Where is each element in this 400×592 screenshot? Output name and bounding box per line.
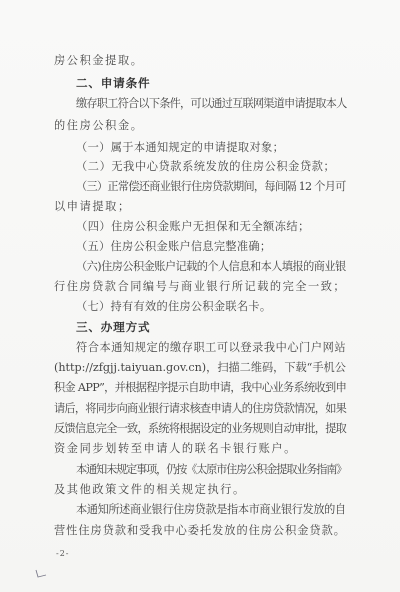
text-line: 积金 APP”，并根据程序提示自助申请，我中心业务系统收到申 [54,381,346,395]
section-heading: 二、申请条件 [76,76,368,90]
text-line: （三）正常偿还商业银行住房贷款期间，每间隔 12 个月可 [76,180,368,194]
text-line: (http://zfgjj.taiyuan.gov.cn)，扫描二维码，下载“手… [54,361,346,375]
text-line: 请后，将同步向商业银行请求核查申请人的住房贷款情况，如果 [54,402,346,416]
text-line: （二）无我中心贷款系统发放的住房公积金贷款； [76,160,368,174]
text-line: （五）住房公积金账户信息完整准确； [76,240,368,254]
text-line: 本通知未规定事项，仍按《太原市住房公积金提取业务指南》 [76,463,368,477]
page-number: -2- [56,549,70,558]
text-line: 的住房公积金。 [54,119,346,133]
text-line: 营性住房贷款和受我中心委托发放的住房公积金贷款。 [54,524,346,538]
document-page: 房公积金提取。二、申请条件缴存职工符合以下条件，可以通过互联网渠道申请提取本人的… [0,0,400,592]
text-line: （六)住房公积金账户记载的个人信息和本人填报的商业银 [76,260,368,274]
text-line: 房公积金提取。 [54,54,346,68]
text-line: 反馈信息完全一致，系统将根据设定的业务规则自动审批，提取 [54,422,346,436]
section-heading: 三、办理方式 [76,320,368,334]
text-line: （四）住房公积金账户无担保和无全额冻结； [76,220,368,234]
text-line: 符合本通知规定的缴存职工可以登录我中心门户网站 [76,341,368,355]
handwritten-mark-icon [34,569,48,579]
text-line: 缴存职工符合以下条件，可以通过互联网渠道申请提取本人 [76,97,368,111]
text-line: 行住房贷款合同编号与商业银行所记载的完全一致； [54,280,346,294]
text-line: 资金同步划转至申请人的联名卡银行账户。 [54,442,346,456]
text-line: （一）属于本通知规定的申请提取对象； [76,141,368,155]
text-line: （七）持有有效的住房公积金联名卡。 [76,300,368,314]
text-line: 及其他政策文件的相关规定执行。 [54,483,346,497]
text-line: 本通知所述商业银行住房贷款是指本市商业银行发放的自 [76,503,368,517]
text-line: 以申请提取； [54,200,346,214]
